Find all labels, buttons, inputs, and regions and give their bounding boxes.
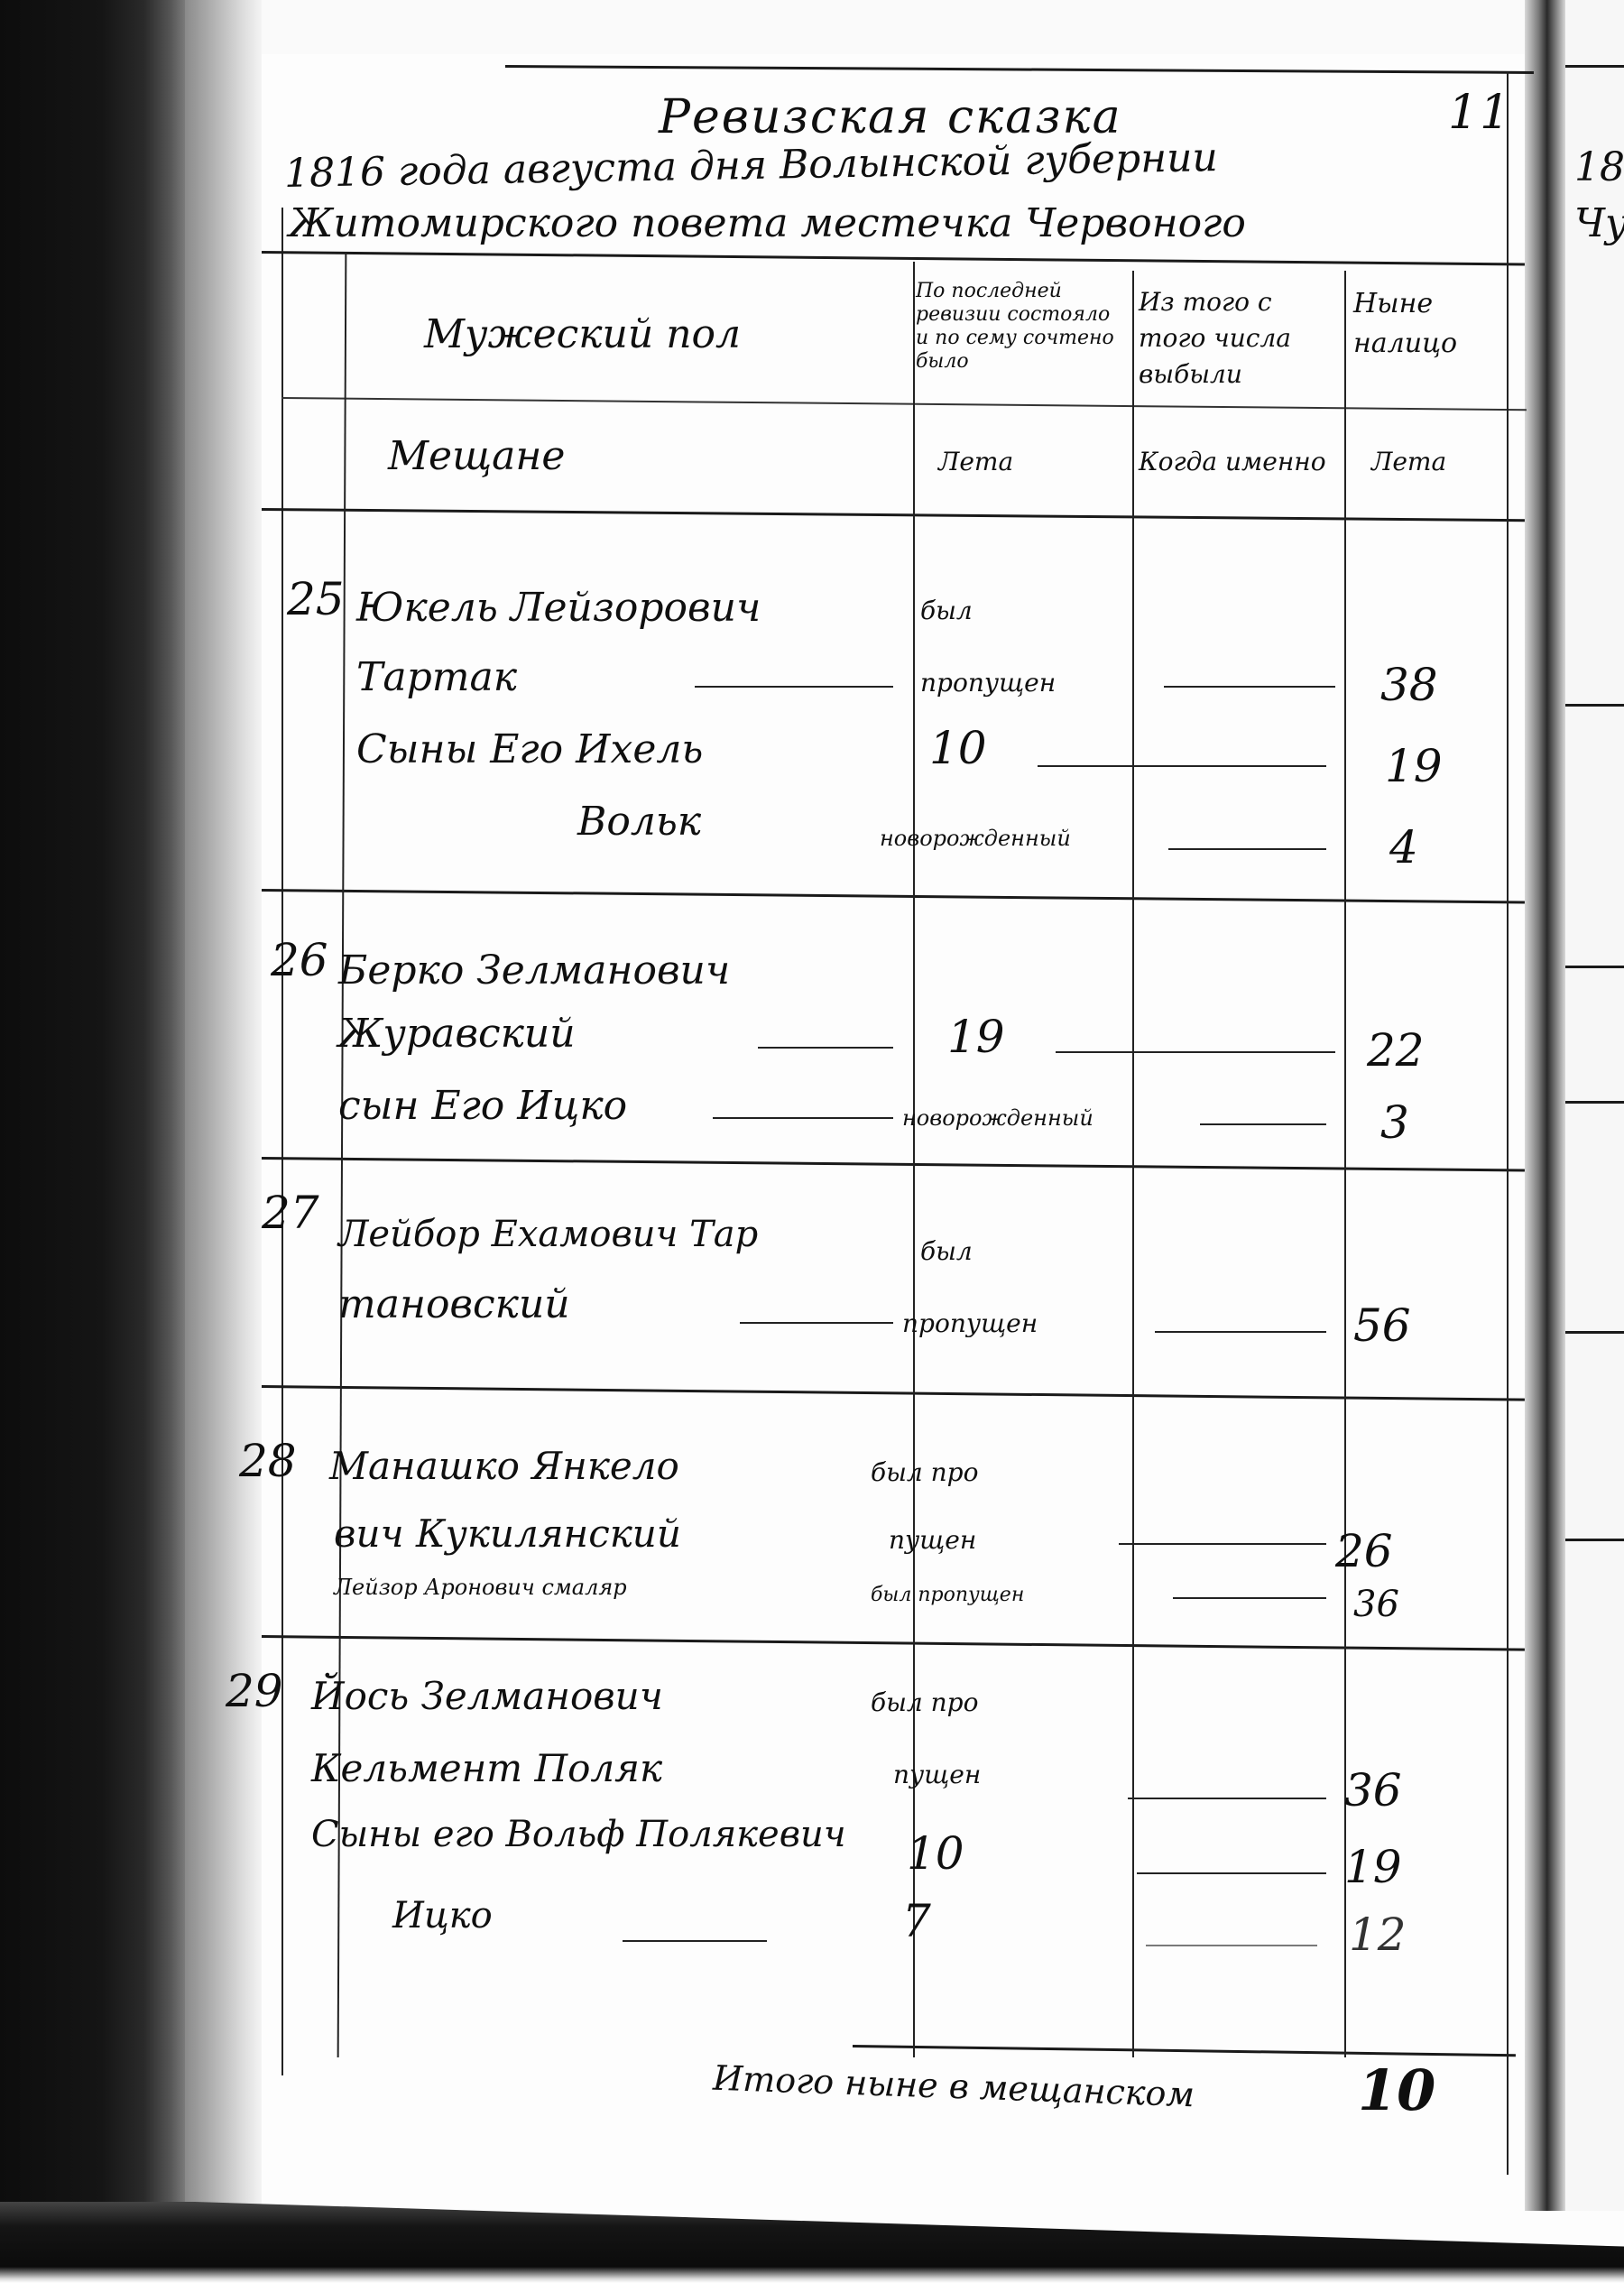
dash: [695, 686, 893, 688]
person-name: Манашко Янкело: [329, 1444, 679, 1488]
person-name: Ицко: [392, 1895, 493, 1936]
dash: [1173, 1597, 1326, 1599]
age-cell: 19: [1344, 1841, 1402, 1893]
next-page-rule: [1565, 966, 1624, 968]
person-name: вич Кукилянский: [334, 1511, 681, 1556]
dash: [713, 1117, 893, 1119]
dash: [1128, 1798, 1326, 1799]
column-header-present: Ныне налицо: [1353, 284, 1502, 364]
next-page-rule: [1565, 704, 1624, 707]
status-cell: пущен: [889, 1525, 976, 1555]
status-cell: был: [920, 596, 973, 625]
next-page-fragment-1: 18: [1574, 144, 1624, 190]
age-cell: 56: [1353, 1299, 1411, 1352]
next-page-top-rule: [1565, 65, 1624, 68]
age-cell: 36: [1353, 1584, 1399, 1625]
status-cell: был про: [871, 1457, 978, 1487]
person-name: Вольк: [577, 799, 701, 845]
header-bottom-rule: [262, 251, 1525, 265]
page-right-border: [1507, 72, 1509, 2175]
book-binding-bottom: [0, 2202, 1624, 2283]
dash: [1146, 1945, 1317, 1946]
age-cell: 12: [1349, 1909, 1407, 1961]
total-label: Итого ныне в мещанском: [712, 2058, 1195, 2115]
row-25-bottom-rule: [262, 889, 1525, 903]
person-name: тановский: [338, 1281, 570, 1327]
person-name: Йось Зелманович: [311, 1674, 663, 1718]
dash: [740, 1322, 893, 1324]
dash: [623, 1940, 767, 1942]
total-value: 10: [1358, 2057, 1435, 2123]
age-cell: 10: [907, 1827, 964, 1880]
dash: [1168, 848, 1326, 850]
row-number: 28: [239, 1435, 297, 1487]
row-number: 25: [287, 573, 345, 625]
person-name: Лейзор Аронович смаляр: [334, 1575, 627, 1600]
status-cell: пущен: [893, 1760, 981, 1789]
row-number: 26: [271, 934, 328, 986]
status-cell: новорожденный: [902, 1105, 1093, 1131]
subheader-years-1: Лета: [938, 447, 1013, 476]
column-header-bottom-rule: [262, 508, 1525, 522]
page-gutter-left: [185, 0, 262, 2283]
row-27-bottom-rule: [262, 1385, 1525, 1401]
header-line-1: 1816 года августа дня Волынской губернии: [284, 134, 1219, 197]
dash: [1155, 1331, 1326, 1333]
dash: [1038, 765, 1326, 767]
status-cell: был пропущен: [871, 1584, 1024, 1606]
next-page-rule: [1565, 1331, 1624, 1334]
age-cell: 10: [929, 722, 987, 774]
row-26-bottom-rule: [262, 1157, 1525, 1171]
status-cell: был про: [871, 1687, 978, 1717]
age-cell: 3: [1380, 1096, 1409, 1149]
person-name: Берко Зелманович: [338, 947, 730, 994]
age-cell: 4: [1389, 821, 1418, 873]
age-cell: 19: [1385, 740, 1443, 792]
top-rule: [505, 65, 1534, 74]
book-fold-right: [1525, 0, 1565, 2211]
dash: [1164, 686, 1335, 688]
row-28-bottom-rule: [262, 1635, 1525, 1651]
column-header-male: Мужеский пол: [424, 311, 741, 357]
dash: [1119, 1543, 1326, 1545]
status-cell: был: [920, 1236, 973, 1266]
column-header-split-rule: [281, 397, 1527, 411]
page-number: 11: [1448, 86, 1511, 140]
dash: [1200, 1123, 1326, 1125]
person-name: Юкель Лейзорович: [356, 585, 761, 631]
age-cell: 36: [1344, 1764, 1402, 1816]
person-name: сын Его Ицко: [338, 1083, 627, 1129]
dash: [1137, 1872, 1326, 1874]
status-cell: новорожденный: [880, 826, 1071, 851]
age-cell: 7: [902, 1895, 931, 1947]
table-left-border: [281, 208, 283, 2075]
age-cell: 38: [1380, 659, 1438, 711]
column-header-departed: Из того с того числа выбыли: [1139, 284, 1342, 393]
table-bottom-rule: [853, 2045, 1516, 2057]
person-name: Тартак: [356, 654, 517, 700]
age-cell: 22: [1367, 1024, 1425, 1077]
subheader-meshchane: Мещане: [388, 433, 565, 479]
person-name: Лейбор Ехамович Тар: [338, 1214, 758, 1255]
row-number: 29: [226, 1665, 283, 1717]
status-cell: пропущен: [920, 668, 1056, 698]
row-number: 27: [262, 1187, 319, 1239]
status-cell: пропущен: [902, 1308, 1038, 1338]
column-3-divider: [1132, 271, 1134, 2057]
subheader-when: Когда именно: [1139, 447, 1326, 476]
dash: [1056, 1051, 1335, 1053]
person-name: Сыны Его Ихель: [356, 726, 703, 772]
dash: [758, 1047, 893, 1049]
book-binding-left: [0, 0, 185, 2283]
subheader-years-2: Лета: [1371, 447, 1446, 476]
next-page-fragment-2: Чу: [1574, 200, 1624, 246]
age-cell: 26: [1335, 1525, 1393, 1577]
person-name: Журавский: [338, 1011, 576, 1057]
person-name: Кельмент Поляк: [311, 1746, 662, 1790]
next-page-rule: [1565, 1101, 1624, 1104]
document-title: Ревизская сказка: [659, 90, 1122, 144]
next-page-edge: [1565, 0, 1624, 2211]
next-page-rule: [1565, 1539, 1624, 1541]
age-cell: 19: [947, 1011, 1005, 1063]
header-line-2: Житомирского повета местечка Червоного: [289, 200, 1246, 246]
person-name: Сыны его Вольф Полякевич: [311, 1814, 846, 1855]
column-header-last-revision: По последней ревизии состояло и по сему …: [916, 280, 1128, 374]
page-top-margin: [262, 0, 1624, 54]
